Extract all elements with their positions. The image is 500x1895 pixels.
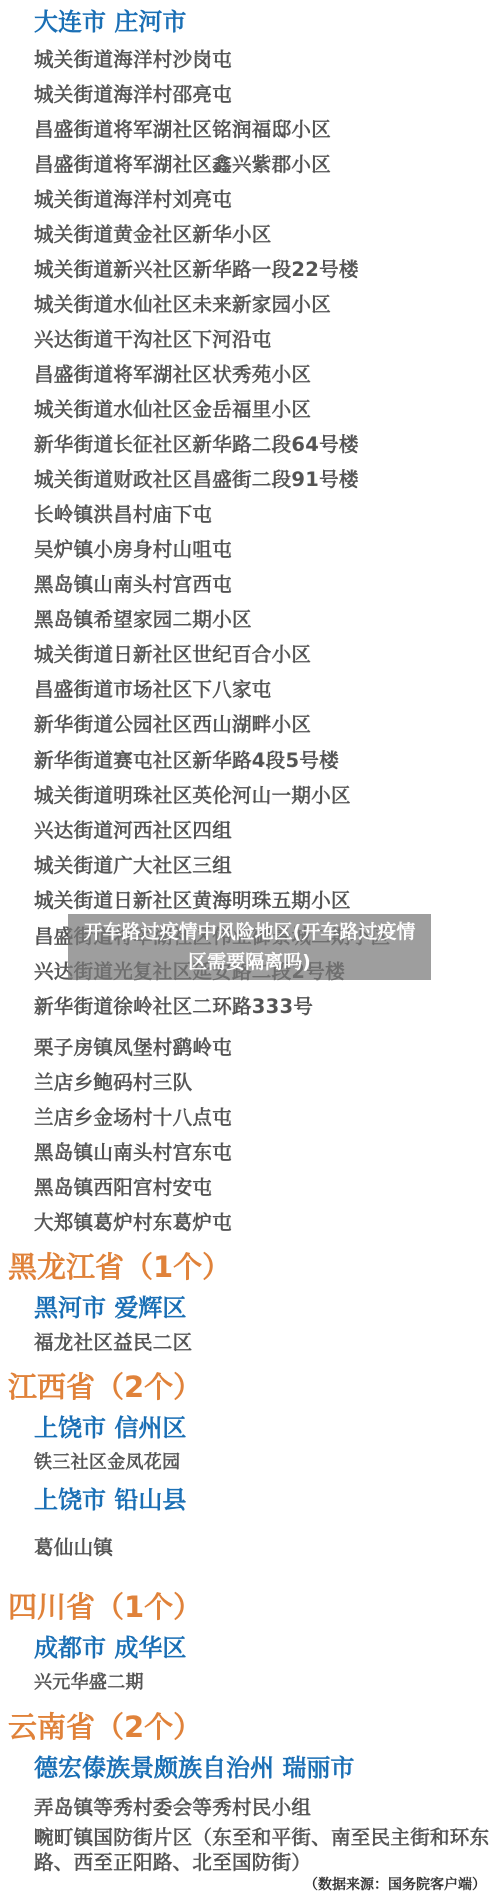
- province-heading-sichuan: 四川省（1个）: [8, 1590, 202, 1624]
- list-item: 大郑镇葛炉村东葛炉屯: [34, 1211, 232, 1235]
- list-item: 昌盛街道将军湖社区状秀苑小区: [34, 363, 311, 387]
- list-item: 城关街道日新社区黄海明珠五期小区: [34, 889, 351, 913]
- city-heading-shangrao-xinzhou: 上饶市 信州区: [34, 1414, 186, 1442]
- list-item: 城关街道水仙社区未来新家园小区: [34, 293, 331, 317]
- list-item: 城关街道海洋村沙岗屯: [34, 48, 232, 72]
- list-item-continuation: 路、西至正阳路、北至国防街）: [34, 1851, 311, 1875]
- list-item: 城关街道黄金社区新华小区: [34, 223, 272, 247]
- list-item: 昌盛街道将军湖社区铭润福邸小区: [34, 118, 331, 142]
- list-item: 兰店乡鲍码村三队: [34, 1071, 192, 1095]
- list-item: 兴达街道河西社区四组: [34, 819, 232, 843]
- list-item: 昌盛街道将军湖社区鑫兴紫郡小区: [34, 153, 331, 177]
- list-item: 城关街道海洋村刘亮屯: [34, 188, 232, 212]
- list-item: 吴炉镇小房身村山咀屯: [34, 538, 232, 562]
- overlay-title-caption: 开车路过疫情中风险地区(开车路过疫情区需要隔离吗): [68, 914, 431, 980]
- list-item: 铁三社区金凤花园: [34, 1451, 180, 1475]
- list-item: 昌盛街道市场社区下八家屯: [34, 678, 272, 702]
- list-item: 弄岛镇等秀村委会等秀村民小组: [34, 1796, 311, 1820]
- list-item: 城关街道日新社区世纪百合小区: [34, 643, 311, 667]
- data-source-note: （数据来源：国务院客户端）: [304, 1876, 486, 1894]
- province-heading-yunnan: 云南省（2个）: [8, 1710, 202, 1744]
- overlay-title-text: 开车路过疫情中风险地区(开车路过疫情区需要隔离吗): [78, 917, 421, 977]
- list-item: 黑岛镇山南头村宫东屯: [34, 1141, 232, 1165]
- list-item: 新华街道公园社区西山湖畔小区: [34, 713, 311, 737]
- list-item: 畹町镇国防街片区（东至和平街、南至民主街和环东: [34, 1826, 489, 1850]
- list-item: 城关街道明珠社区英伦河山一期小区: [34, 784, 351, 808]
- province-heading-heilongjiang: 黑龙江省（1个）: [8, 1250, 231, 1284]
- list-item: 新华街道赛屯社区新华路4段5号楼: [34, 749, 339, 773]
- list-item: 长岭镇洪昌村庙下屯: [34, 503, 212, 527]
- list-item: 城关街道海洋村邵亮屯: [34, 83, 232, 107]
- list-item: 黑岛镇山南头村宫西屯: [34, 573, 232, 597]
- city-heading-chengdu-chenghua: 成都市 成华区: [34, 1634, 186, 1662]
- list-item: 新华街道徐岭社区二环路333号: [34, 995, 313, 1019]
- list-item: 黑岛镇西阳宫村安屯: [34, 1176, 212, 1200]
- list-item: 福龙社区益民二区: [34, 1331, 192, 1355]
- list-item: 城关街道水仙社区金岳福里小区: [34, 398, 311, 422]
- list-item: 葛仙山镇: [34, 1536, 113, 1560]
- list-item: 城关街道广大社区三组: [34, 854, 232, 878]
- city-heading-heihe-aihui: 黑河市 爱辉区: [34, 1294, 186, 1322]
- list-item: 城关街道新兴社区新华路一段22号楼: [34, 258, 359, 282]
- city-heading-dehong-ruili: 德宏傣族景颇族自治州 瑞丽市: [34, 1754, 354, 1782]
- province-heading-jiangxi: 江西省（2个）: [8, 1370, 202, 1404]
- city-heading-shangrao-yanshan: 上饶市 铅山县: [34, 1486, 186, 1514]
- list-item: 兰店乡金场村十八点屯: [34, 1106, 232, 1130]
- list-item: 城关街道财政社区昌盛街二段91号楼: [34, 468, 359, 492]
- list-item: 兴元华盛二期: [34, 1671, 144, 1695]
- list-item: 黑岛镇希望家园二期小区: [34, 608, 252, 632]
- city-heading-dalian-zhuanghe: 大连市 庄河市: [34, 8, 186, 36]
- list-item: 兴达街道干沟社区下河沿屯: [34, 328, 272, 352]
- list-item: 栗子房镇凤堡村鹞岭屯: [34, 1036, 232, 1060]
- list-item: 新华街道长征社区新华路二段64号楼: [34, 433, 359, 457]
